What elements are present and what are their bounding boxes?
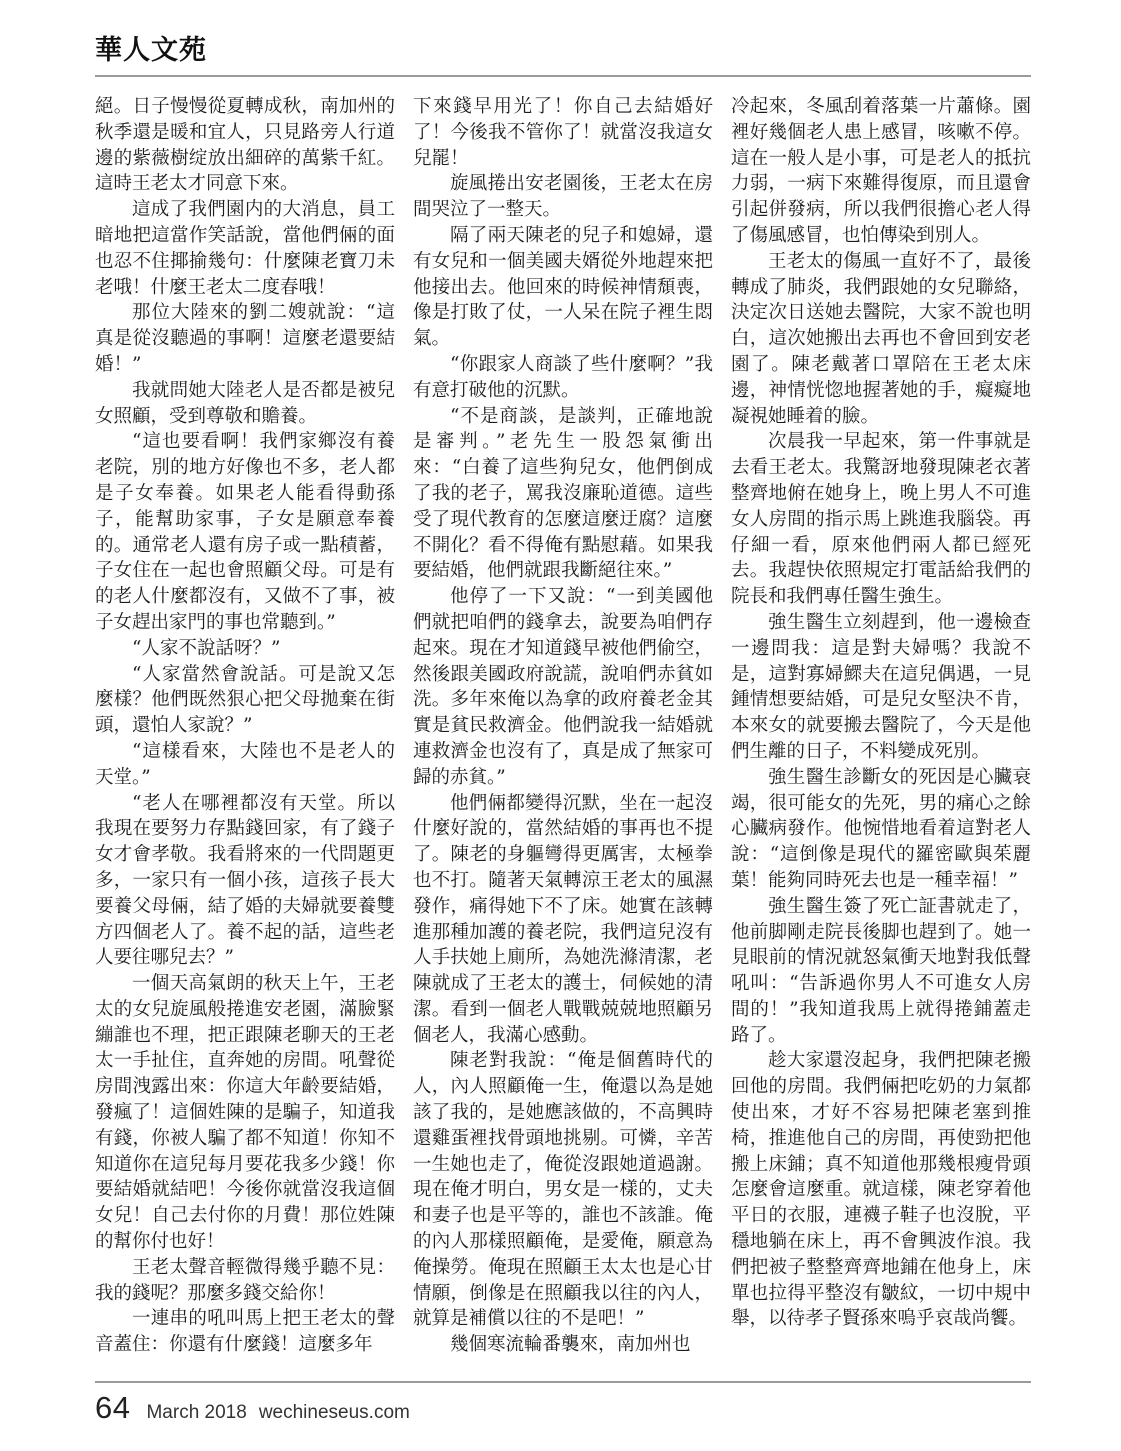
text-column: 下來錢早用光了！你自己去結婚好了！今後我不管你了！就當沒我這女兒罷！旋風捲出安老… — [413, 94, 713, 1358]
paragraph: “這樣看來，大陸也不是老人的天堂。” — [95, 739, 395, 791]
page-footer: 64 March 2018 wechineseus.com — [95, 1381, 1031, 1426]
paragraph: 王老太的傷風一直好不了，最後轉成了肺炎，我們跟她的女兒聯絡，決定次日送她去醫院，… — [731, 249, 1031, 430]
website-url: wechineseus.com — [259, 1402, 410, 1424]
paragraph: 強生醫生診斷女的死因是心臟衰竭，很可能女的先死，男的痛心之餘心臟病發作。他惋惜地… — [731, 765, 1031, 894]
paragraph: 那位大陸來的劉二嫂就說：“這真是從沒聽過的事啊！這麼老還要結婚！” — [95, 300, 395, 377]
paragraph: 這成了我們園内的大消息，員工暗地把這當作笑話說，當他們倆的面也忍不住揶揄幾句：什… — [95, 197, 395, 300]
text-column: 絕。日子慢慢從夏轉成秋，南加州的秋季還是暖和宜人，只見路旁人行道邊的紫薇樹绽放出… — [95, 94, 395, 1358]
paragraph: 強生醫生立刻趕到，他一邊檢查一邊問我：這是對夫婦嗎？我說不是，這對寡婦鰥夫在這兒… — [731, 610, 1031, 765]
paragraph: 絕。日子慢慢從夏轉成秋，南加州的秋季還是暖和宜人，只見路旁人行道邊的紫薇樹绽放出… — [95, 94, 395, 197]
magazine-page: 華人文苑 絕。日子慢慢從夏轉成秋，南加州的秋季還是暖和宜人，只見路旁人行道邊的紫… — [0, 0, 1121, 1451]
section-title: 華人文苑 — [95, 28, 1031, 75]
paragraph: “老人在哪裡都沒有天堂。所以我現在要努力存點錢回家，有了錢子女才會孝敬。我看將來… — [95, 791, 395, 972]
paragraph: 一個天高氣朗的秋天上午，王老太的女兒旋風般捲進安老園，滿臉緊繃誰也不理，把正跟陳… — [95, 971, 395, 1255]
paragraph: 隔了兩天陳老的兒子和媳婦，還有女兒和一個美國夫婿從外地趕來把他接出去。他回來的時… — [413, 223, 713, 352]
paragraph: 次晨我一早起來，第一件事就是去看王老太。我驚訝地發現陳老衣著整齊地俯在她身上，晚… — [731, 429, 1031, 610]
header-divider — [95, 75, 1031, 77]
paragraph: 王老太聲音輕微得幾乎聽不見：我的錢呢？那麼多錢交給你！ — [95, 1255, 395, 1307]
paragraph: 幾個寒流輪番襲來，南加州也 — [413, 1332, 713, 1358]
paragraph: “人家不說話呀？” — [95, 636, 395, 662]
paragraph: 他們倆都變得沉默，坐在一起沒什麼好說的，當然結婚的事再也不提了。陳老的身軀彎得更… — [413, 791, 713, 1049]
paragraph: 他停了一下又說：“一到美國他們就把咱們的錢拿去，說要為咱們存起來。現在才知道錢早… — [413, 584, 713, 790]
paragraph: 冷起來，冬風刮着落葉一片蕭條。園裡好幾個老人患上感冒，咳嗽不停。這在一般人是小事… — [731, 94, 1031, 249]
paragraph: 趁大家還沒起身，我們把陳老搬回他的房間。我們倆把吃奶的力氣都使出來，才好不容易把… — [731, 1048, 1031, 1332]
text-column: 冷起來，冬風刮着落葉一片蕭條。園裡好幾個老人患上感冒，咳嗽不停。這在一般人是小事… — [731, 94, 1031, 1358]
paragraph: “這也要看啊！我們家鄉沒有養老院，別的地方好像也不多，老人都是子女奉養。如果老人… — [95, 429, 395, 635]
paragraph: “人家當然會說話。可是說又怎麼樣？他們既然狠心把父母拋棄在街頭，還怕人家說？” — [95, 662, 395, 739]
paragraph: 強生醫生簽了死亡証書就走了，他前脚剛走院長後脚也趕到了。她一見眼前的情況就怒氣衝… — [731, 894, 1031, 1049]
paragraph: 我就問她大陸老人是否都是被兒女照顧，受到尊敬和贍養。 — [95, 378, 395, 430]
paragraph: 一連串的吼叫馬上把王老太的聲音蓋住：你還有什麼錢！這麼多年 — [95, 1306, 395, 1358]
paragraph: 旋風捲出安老園後，王老太在房間哭泣了一整天。 — [413, 171, 713, 223]
page-header: 華人文苑 — [95, 28, 1031, 77]
article-columns: 絕。日子慢慢從夏轉成秋，南加州的秋季還是暖和宜人，只見路旁人行道邊的紫薇樹绽放出… — [95, 94, 1031, 1358]
issue-date: March 2018 — [146, 1402, 246, 1424]
paragraph: “你跟家人商談了些什麼啊？”我有意打破他的沉默。 — [413, 352, 713, 404]
paragraph: “不是商談，是談判，正確地說是審判。”老先生一股怨氣衝出來：“白養了這些狗兒女，… — [413, 404, 713, 585]
paragraph: 陳老對我說：“俺是個舊時代的人，內人照顧俺一生，俺還以為是她該了我的，是她應該做… — [413, 1048, 713, 1332]
page-number: 64 — [95, 1390, 130, 1426]
paragraph: 下來錢早用光了！你自己去結婚好了！今後我不管你了！就當沒我這女兒罷！ — [413, 94, 713, 171]
